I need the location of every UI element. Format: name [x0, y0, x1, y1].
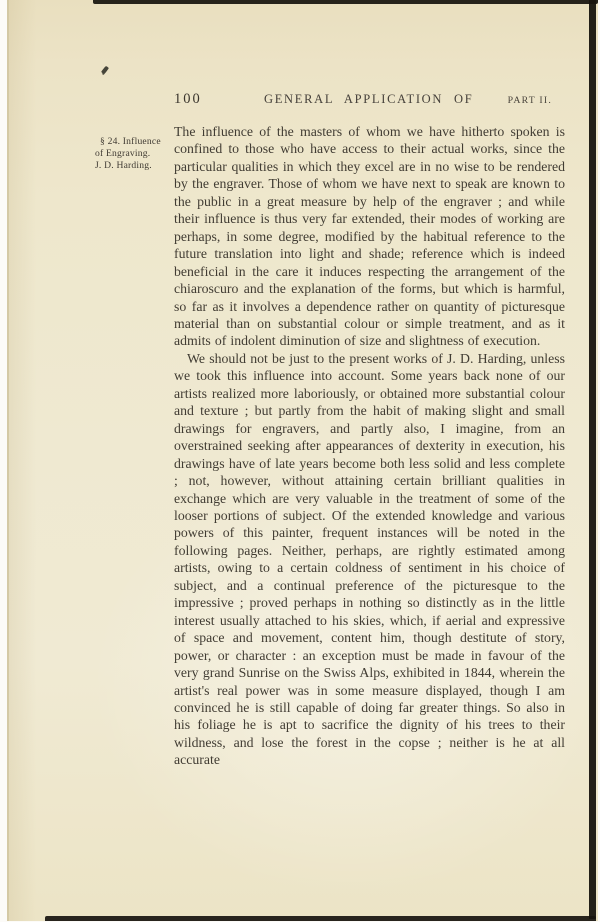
page-edge-line-left: [7, 0, 9, 921]
page-number: 100: [174, 91, 202, 108]
book-page: 100 GENERAL APPLICATION OF PART II. § 24…: [7, 0, 598, 921]
scanned-page-frame: 100 GENERAL APPLICATION OF PART II. § 24…: [0, 0, 600, 922]
running-header: GENERAL APPLICATION OF: [264, 92, 473, 107]
margin-note-line: of Engraving.: [95, 148, 175, 160]
page-header: 100 GENERAL APPLICATION OF PART II.: [174, 91, 565, 108]
page-edge-shadow-right: [589, 0, 596, 919]
margin-note-line: § 24. Influence: [95, 136, 175, 148]
part-label: PART II.: [508, 95, 552, 106]
paragraph: The influence of the masters of whom we …: [174, 123, 565, 350]
paragraph: We should not be just to the present wor…: [174, 350, 565, 769]
page-edge-shadow-bottom: [45, 916, 596, 921]
ink-speck: [101, 66, 109, 75]
body-text-column: The influence of the masters of whom we …: [174, 123, 565, 769]
margin-note: § 24. Influence of Engraving. J. D. Hard…: [95, 136, 175, 173]
page-edge-shadow-top: [93, 0, 598, 4]
margin-note-line: J. D. Harding.: [95, 160, 175, 172]
